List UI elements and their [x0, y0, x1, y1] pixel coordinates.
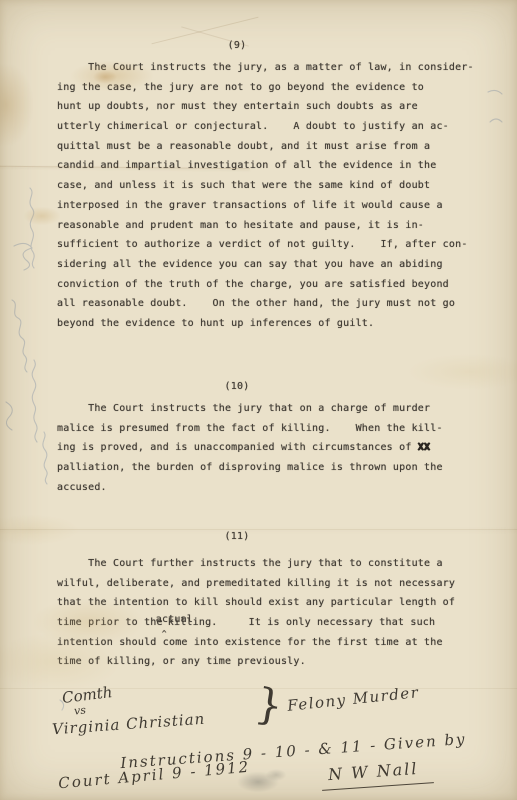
handwritten-versus: vs — [73, 703, 86, 717]
paper-crease — [0, 529, 517, 530]
text-line: The Court further instructs the jury tha… — [57, 558, 477, 578]
case-brace: } — [252, 678, 286, 731]
text-line: reasonable and prudent man to hesitate a… — [57, 220, 477, 240]
inserted-word: actual — [156, 614, 193, 625]
section-10: (10) The Court instructs the jury that o… — [57, 381, 477, 501]
caret-mark: ^ — [162, 629, 167, 638]
text-line: wilful, deliberate, and premeditated kil… — [57, 578, 477, 598]
text-line: accused. — [57, 482, 477, 502]
section-11: (11) The Court further instructs the jur… — [57, 531, 477, 676]
text-line: The Court instructs the jury that on a c… — [57, 403, 477, 423]
section-11-body: The Court further instructs the jury tha… — [57, 558, 477, 676]
text-line: utterly chimerical or conjectural. A dou… — [57, 121, 477, 141]
text-line-with-strikeout: ing is proved, and is unaccompanied with… — [57, 442, 477, 462]
handwritten-charge: Felony Murder — [286, 683, 420, 715]
text-line: conviction of the truth of the charge, y… — [57, 279, 477, 299]
text-line: palliation, the burden of disproving mal… — [57, 462, 477, 482]
text-before-caret: time prior to the — [57, 617, 163, 628]
text-after-caret: killing. It is only necessary that such — [168, 617, 435, 628]
overstruck-characters: XX — [418, 442, 430, 453]
text-line: The Court instructs the jury, as a matte… — [57, 62, 477, 82]
document-page: (9) The Court instructs the jury, as a m… — [0, 0, 517, 800]
section-9-body: The Court instructs the jury, as a matte… — [57, 62, 477, 338]
text-line: quittal must be a reasonable doubt, and … — [57, 141, 477, 161]
handwritten-plaintiff: Comth — [61, 683, 113, 707]
text-line: malice is presumed from the fact of kill… — [57, 423, 477, 443]
text-line: sufficient to authorize a verdict of not… — [57, 239, 477, 259]
text-line: hunt up doubts, nor must they entertain … — [57, 101, 477, 121]
section-9-number: (9) — [57, 40, 477, 62]
text-before-strike: ing is proved, and is unaccompanied with… — [57, 442, 418, 453]
text-line: candid and impartial investigation of al… — [57, 160, 477, 180]
text-line: that the intention to kill should exist … — [57, 597, 477, 617]
text-line: case, and unless it is such that were th… — [57, 180, 477, 200]
section-11-number: (11) — [57, 531, 477, 553]
text-line: time of killing, or any time previously. — [57, 656, 477, 676]
text-line: ing the case, the jury are not to go bey… — [57, 82, 477, 102]
text-line: sidering all the evidence you can say th… — [57, 259, 477, 279]
section-10-number: (10) — [57, 381, 477, 403]
text-line: intention should come into existence for… — [57, 637, 477, 657]
text-line: interposed in the graver transactions of… — [57, 200, 477, 220]
text-line-with-insertion: time prior to theactual^killing. It is o… — [57, 617, 477, 637]
text-line: beyond the evidence to hunt up inference… — [57, 318, 477, 338]
section-9: (9) The Court instructs the jury, as a m… — [57, 40, 477, 338]
section-10-body: The Court instructs the jury that on a c… — [57, 403, 477, 501]
text-line: all reasonable doubt. On the other hand,… — [57, 298, 477, 318]
judge-signature: N W Nall — [327, 759, 418, 784]
